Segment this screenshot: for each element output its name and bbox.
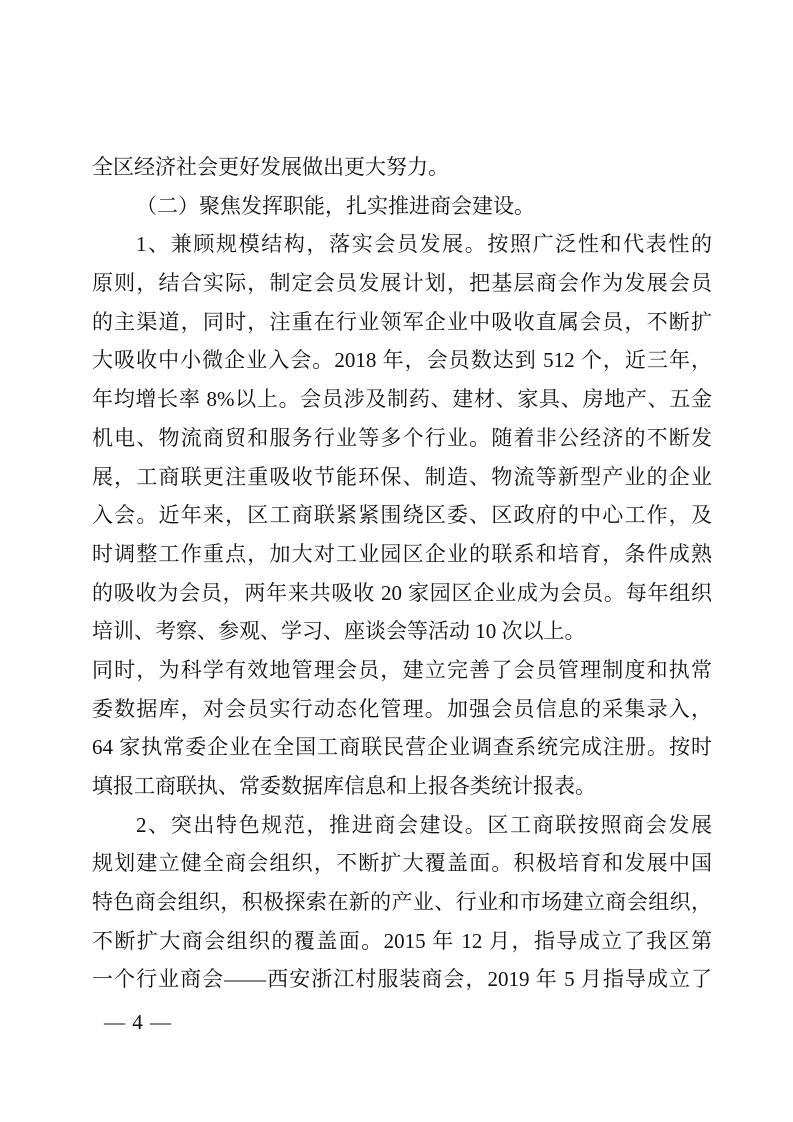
document-body: 全区经济社会更好发展做出更大努力。 （二）聚焦发挥职能，扎实推进商会建设。 1、…	[92, 148, 712, 999]
text-line: 同时，为科学有效地管理会员，建立完善了会员管理制度和执常	[92, 651, 712, 690]
text-line: 一个行业商会——西安浙江村服装商会，2019 年 5 月指导成立了	[92, 960, 712, 999]
text-line: 的吸收为会员，两年来共吸收 20 家园区企业成为会员。每年组织	[92, 574, 712, 613]
text-line: 委数据库，对会员实行动态化管理。加强会员信息的采集录入，	[92, 690, 712, 729]
text-line: 的主渠道，同时，注重在行业领军企业中吸收直属会员，不断扩	[92, 303, 712, 342]
text-line: 大吸收中小微企业入会。2018 年，会员数达到 512 个，近三年，	[92, 341, 712, 380]
text-line: 原则，结合实际，制定会员发展计划，把基层商会作为发展会员	[92, 264, 712, 303]
section-heading: （二）聚焦发挥职能，扎实推进商会建设。	[92, 187, 712, 226]
text-line: 64 家执常委企业在全国工商联民营企业调查系统完成注册。按时	[92, 728, 712, 767]
text-line: 2、突出特色规范，推进商会建设。区工商联按照商会发展	[92, 806, 712, 845]
text-line: 全区经济社会更好发展做出更大努力。	[92, 148, 712, 187]
text-line: 规划建立健全商会组织，不断扩大覆盖面。积极培育和发展中国	[92, 844, 712, 883]
text-line: 时调整工作重点，加大对工业园区企业的联系和培育，条件成熟	[92, 535, 712, 574]
text-line: 不断扩大商会组织的覆盖面。2015 年 12 月，指导成立了我区第	[92, 922, 712, 961]
document-page: 全区经济社会更好发展做出更大努力。 （二）聚焦发挥职能，扎实推进商会建设。 1、…	[0, 0, 793, 1122]
text-line: 填报工商联执、常委数据库信息和上报各类统计报表。	[92, 767, 712, 806]
text-line: 培训、考察、参观、学习、座谈会等活动 10 次以上。	[92, 612, 712, 651]
text-line: 展，工商联更注重吸收节能环保、制造、物流等新型产业的企业	[92, 458, 712, 497]
text-line: 入会。近年来，区工商联紧紧围绕区委、区政府的中心工作，及	[92, 496, 712, 535]
text-line: 机电、物流商贸和服务行业等多个行业。随着非公经济的不断发	[92, 419, 712, 458]
text-line: 年均增长率 8%以上。会员涉及制药、建材、家具、房地产、五金	[92, 380, 712, 419]
text-line: 特色商会组织，积极探索在新的产业、行业和市场建立商会组织，	[92, 883, 712, 922]
page-number: — 4 —	[104, 1010, 172, 1035]
text-line: 1、兼顾规模结构，落实会员发展。按照广泛性和代表性的	[92, 225, 712, 264]
